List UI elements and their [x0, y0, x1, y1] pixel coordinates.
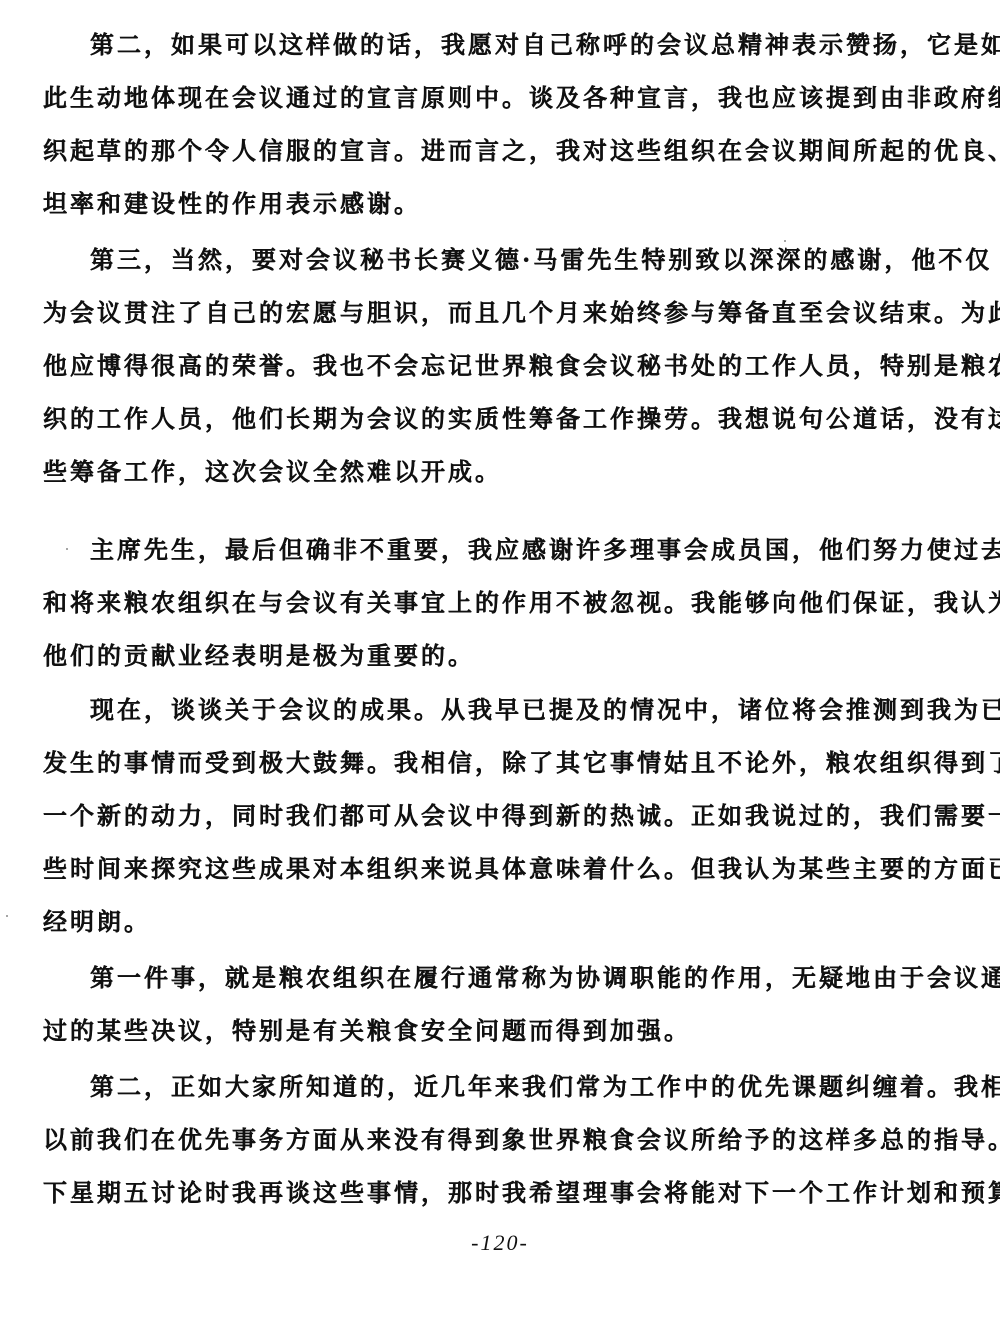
paragraph-6-line-2: 以前我们在优先事务方面从来没有得到象世界粮食会议所给予的这样多总的指导。 [43, 1125, 1000, 1155]
paragraph-3-line-3: 他们的贡献业经表明是极为重要的。 [43, 641, 475, 671]
paragraph-6-line-3: 下星期五讨论时我再谈这些事情，那时我希望理事会将能对下一个工作计划和预算 [43, 1178, 1000, 1208]
document-page: 第二，如果可以这样做的话，我愿对自己称呼的会议总精神表示赞扬，它是如 此生动地体… [0, 0, 1000, 1324]
paragraph-1-line-3: 织起草的那个令人信服的宣言。进而言之，我对这些组织在会议期间所起的优良、 [43, 136, 1000, 166]
page-number: -120- [0, 1230, 1000, 1256]
paragraph-3-line-1: 主席先生，最后但确非不重要，我应感谢许多理事会成员国，他们努力使过去 [90, 535, 1000, 565]
paragraph-1-line-1: 第二，如果可以这样做的话，我愿对自己称呼的会议总精神表示赞扬，它是如 [90, 30, 1000, 60]
paragraph-5-line-1: 第一件事，就是粮农组织在履行通常称为协调职能的作用，无疑地由于会议通 [90, 963, 1000, 993]
paragraph-5-line-2: 过的某些决议，特别是有关粮食安全问题而得到加强。 [43, 1016, 691, 1046]
paragraph-2-line-5: 些筹备工作，这次会议全然难以开成。 [43, 457, 502, 487]
paragraph-1-line-2: 此生动地体现在会议通过的宣言原则中。谈及各种宣言，我也应该提到由非政府组 [43, 83, 1000, 113]
paragraph-2-line-4: 织的工作人员，他们长期为会议的实质性筹备工作操劳。我想说句公道话，没有这 [43, 404, 1000, 434]
paragraph-2-line-2: 为会议贯注了自己的宏愿与胆识，而且几个月来始终参与筹备直至会议结束。为此， [43, 298, 1000, 328]
scan-speck [66, 548, 68, 550]
paragraph-4-line-4: 些时间来探究这些成果对本组织来说具体意味着什么。但我认为某些主要的方面已 [43, 854, 1000, 884]
scan-speck [6, 915, 8, 917]
scan-speck [784, 240, 786, 242]
paragraph-4-line-1: 现在，谈谈关于会议的成果。从我早已提及的情况中，诸位将会推测到我为已 [90, 695, 1000, 725]
paragraph-2-line-3: 他应博得很高的荣誉。我也不会忘记世界粮食会议秘书处的工作人员，特别是粮农组 [43, 351, 1000, 381]
paragraph-4-line-5: 经明朗。 [43, 907, 151, 937]
paragraph-4-line-3: 一个新的动力，同时我们都可从会议中得到新的热诚。正如我说过的，我们需要一 [43, 801, 1000, 831]
paragraph-4-line-2: 发生的事情而受到极大鼓舞。我相信，除了其它事情姑且不论外，粮农组织得到了 [43, 748, 1000, 778]
paragraph-6-line-1: 第二，正如大家所知道的，近几年来我们常为工作中的优先课题纠缠着。我相信， [90, 1072, 1000, 1102]
paragraph-3-line-2: 和将来粮农组织在与会议有关事宜上的作用不被忽视。我能够向他们保证，我认为 [43, 588, 1000, 618]
paragraph-2-line-1: 第三，当然，要对会议秘书长赛义德·马雷先生特别致以深深的感谢，他不仅 [90, 245, 992, 275]
paragraph-1-line-4: 坦率和建设性的作用表示感谢。 [43, 189, 421, 219]
